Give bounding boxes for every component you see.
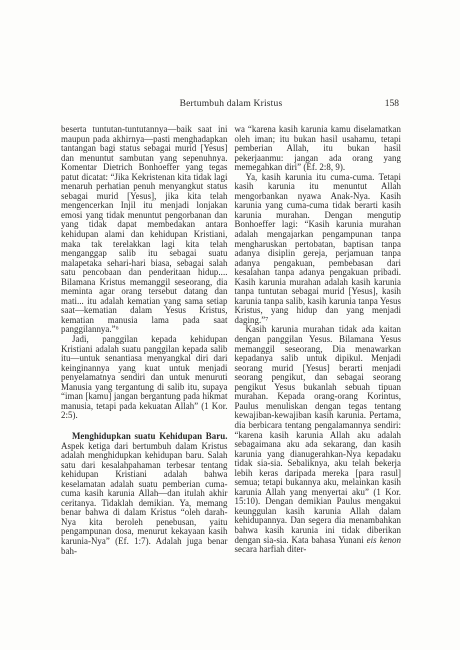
paragraph-continuation: wa “karena kasih karunia kamu diselamatk…	[235, 125, 402, 173]
page-header: Bertumbuh dalam Kristus 158	[61, 99, 401, 112]
page-number: 158	[385, 99, 399, 110]
paragraph-with-italic: Kasih karunia murahan tidak ada kaitan d…	[235, 325, 402, 554]
text-block: Bertumbuh dalam Kristus 158 beserta tunt…	[61, 99, 401, 556]
book-page: Bertumbuh dalam Kristus 158 beserta tunt…	[0, 0, 460, 650]
left-column: beserta tuntutan-tuntutannya—baik saat i…	[61, 125, 228, 556]
italic-greek-phrase: eis kenon	[367, 535, 401, 545]
two-column-text: beserta tuntutan-tuntutannya—baik saat i…	[61, 125, 401, 556]
paragraph-continuation: beserta tuntutan-tuntutannya—baik saat i…	[61, 125, 228, 335]
paragraph-text: Kasih karunia murahan tidak ada kaitan d…	[235, 324, 402, 544]
run-in-heading: Menghidupkan suatu Kehidupan Baru.	[72, 431, 228, 441]
right-column: wa “karena kasih karunia kamu diselamatk…	[235, 125, 402, 556]
running-head-title: Bertumbuh dalam Kristus	[61, 99, 401, 110]
paragraph-text: Aspek ketiga dari bertumbuh dalam Kristu…	[61, 441, 228, 556]
paragraph-text: secara harfiah diter-	[235, 544, 307, 554]
paragraph: Jadi, panggilan kepada kehidupan Kristia…	[61, 335, 228, 421]
paragraph-with-runin-heading: Menghidupkan suatu Kehidupan Baru. Aspek…	[61, 432, 228, 556]
paragraph: Ya, kasih karunia itu cuma-cuma. Tetapi …	[235, 173, 402, 326]
